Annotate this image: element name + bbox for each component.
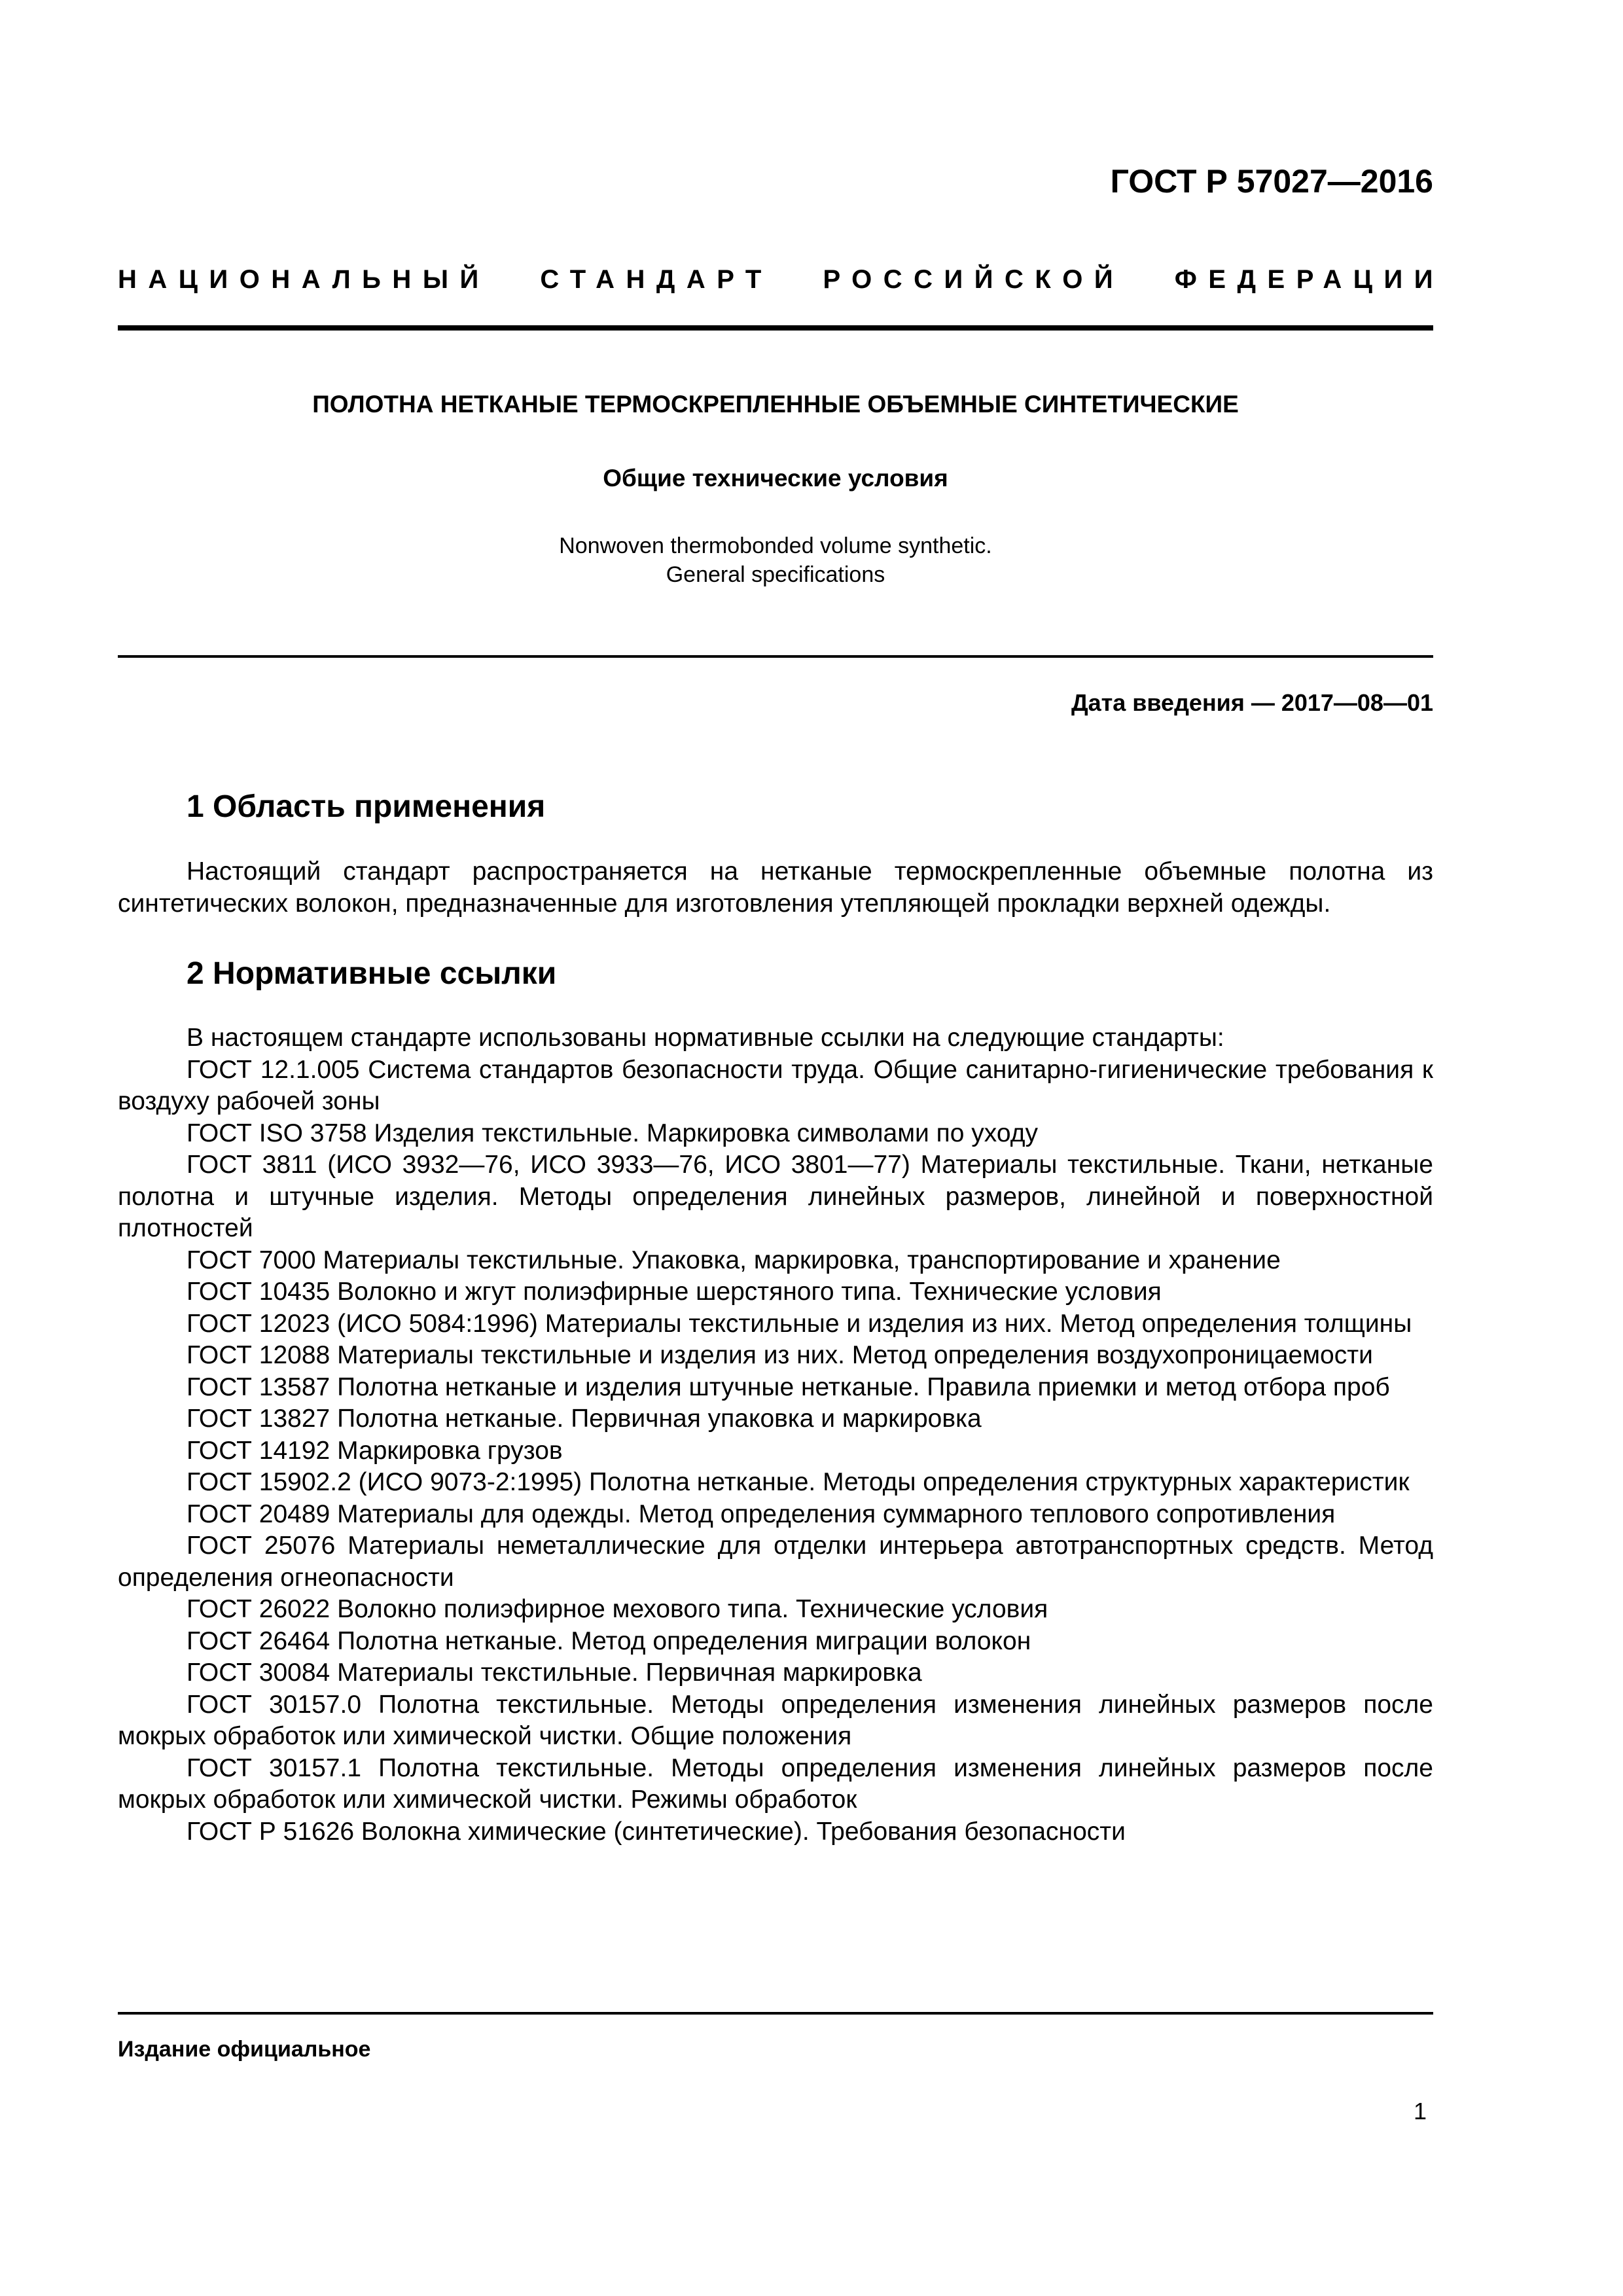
references-intro: В настоящем стандарте использованы норма… [118,1022,1433,1054]
reference-item: ГОСТ 12023 (ИСО 5084:1996) Материалы тек… [118,1308,1433,1340]
reference-item: ГОСТ 30157.1 Полотна текстильные. Методы… [118,1753,1433,1816]
reference-list: ГОСТ 12.1.005 Система стандартов безопас… [118,1054,1433,1848]
reference-item: ГОСТ 25076 Материалы неметаллические для… [118,1530,1433,1594]
reference-item: ГОСТ 3811 (ИСО 3932—76, ИСО 3933—76, ИСО… [118,1149,1433,1245]
reference-item: ГОСТ ISO 3758 Изделия текстильные. Марки… [118,1118,1433,1150]
document-title: ПОЛОТНА НЕТКАНЫЕ ТЕРМОСКРЕПЛЕННЫЕ ОБЪЕМН… [118,391,1433,418]
reference-item: ГОСТ 15902.2 (ИСО 9073-2:1995) Полотна н… [118,1467,1433,1499]
reference-item: ГОСТ 26022 Волокно полиэфирное мехового … [118,1594,1433,1626]
reference-item: ГОСТ 30157.0 Полотна текстильные. Методы… [118,1689,1433,1753]
document-page: ГОСТ Р 57027—2016 НАЦИОНАЛЬНЫЙ СТАНДАРТ … [118,0,1433,2296]
official-edition-label: Издание официальное [118,2037,370,2062]
section-heading-references: 2 Нормативные ссылки [187,956,556,992]
banner-word: НАЦИОНАЛЬНЫЙ [118,265,490,295]
national-standard-banner: НАЦИОНАЛЬНЫЙ СТАНДАРТ РОССИЙСКОЙ ФЕДЕРАЦ… [118,265,1433,295]
english-title-line2: General specifications [118,560,1433,589]
section-heading-scope: 1 Область применения [187,789,545,825]
reference-item: ГОСТ Р 51626 Волокна химические (синтети… [118,1816,1433,1848]
footer-divider [118,2012,1433,2015]
section-scope-body: Настоящий стандарт распространяется на н… [118,856,1433,920]
reference-item: ГОСТ 30084 Материалы текстильные. Первич… [118,1657,1433,1689]
title-divider [118,655,1433,658]
reference-item: ГОСТ 13587 Полотна нетканые и изделия шт… [118,1372,1433,1404]
english-title-line1: Nonwoven thermobonded volume synthetic. [118,531,1433,560]
reference-item: ГОСТ 10435 Волокно и жгут полиэфирные ше… [118,1276,1433,1308]
document-code: ГОСТ Р 57027—2016 [1111,162,1433,200]
reference-item: ГОСТ 13827 Полотна нетканые. Первичная у… [118,1403,1433,1435]
section-references-body: В настоящем стандарте использованы норма… [118,1022,1433,1848]
reference-item: ГОСТ 12.1.005 Система стандартов безопас… [118,1054,1433,1118]
document-subtitle: Общие технические условия [118,465,1433,492]
reference-item: ГОСТ 12088 Материалы текстильные и издел… [118,1340,1433,1372]
banner-word: СТАНДАРТ [540,265,773,295]
page-number: 1 [1414,2098,1427,2125]
english-title: Nonwoven thermobonded volume synthetic. … [118,531,1433,589]
reference-item: ГОСТ 14192 Маркировка грузов [118,1435,1433,1467]
reference-item: ГОСТ 7000 Материалы текстильные. Упаковк… [118,1245,1433,1277]
banner-word: ФЕДЕРАЦИИ [1175,265,1444,295]
reference-item: ГОСТ 26464 Полотна нетканые. Метод опред… [118,1626,1433,1658]
banner-word: РОССИЙСКОЙ [823,265,1124,295]
header-divider [118,325,1433,331]
introduction-date: Дата введения — 2017—08—01 [1071,689,1433,717]
reference-item: ГОСТ 20489 Материалы для одежды. Метод о… [118,1499,1433,1531]
paragraph: Настоящий стандарт распространяется на н… [118,856,1433,920]
